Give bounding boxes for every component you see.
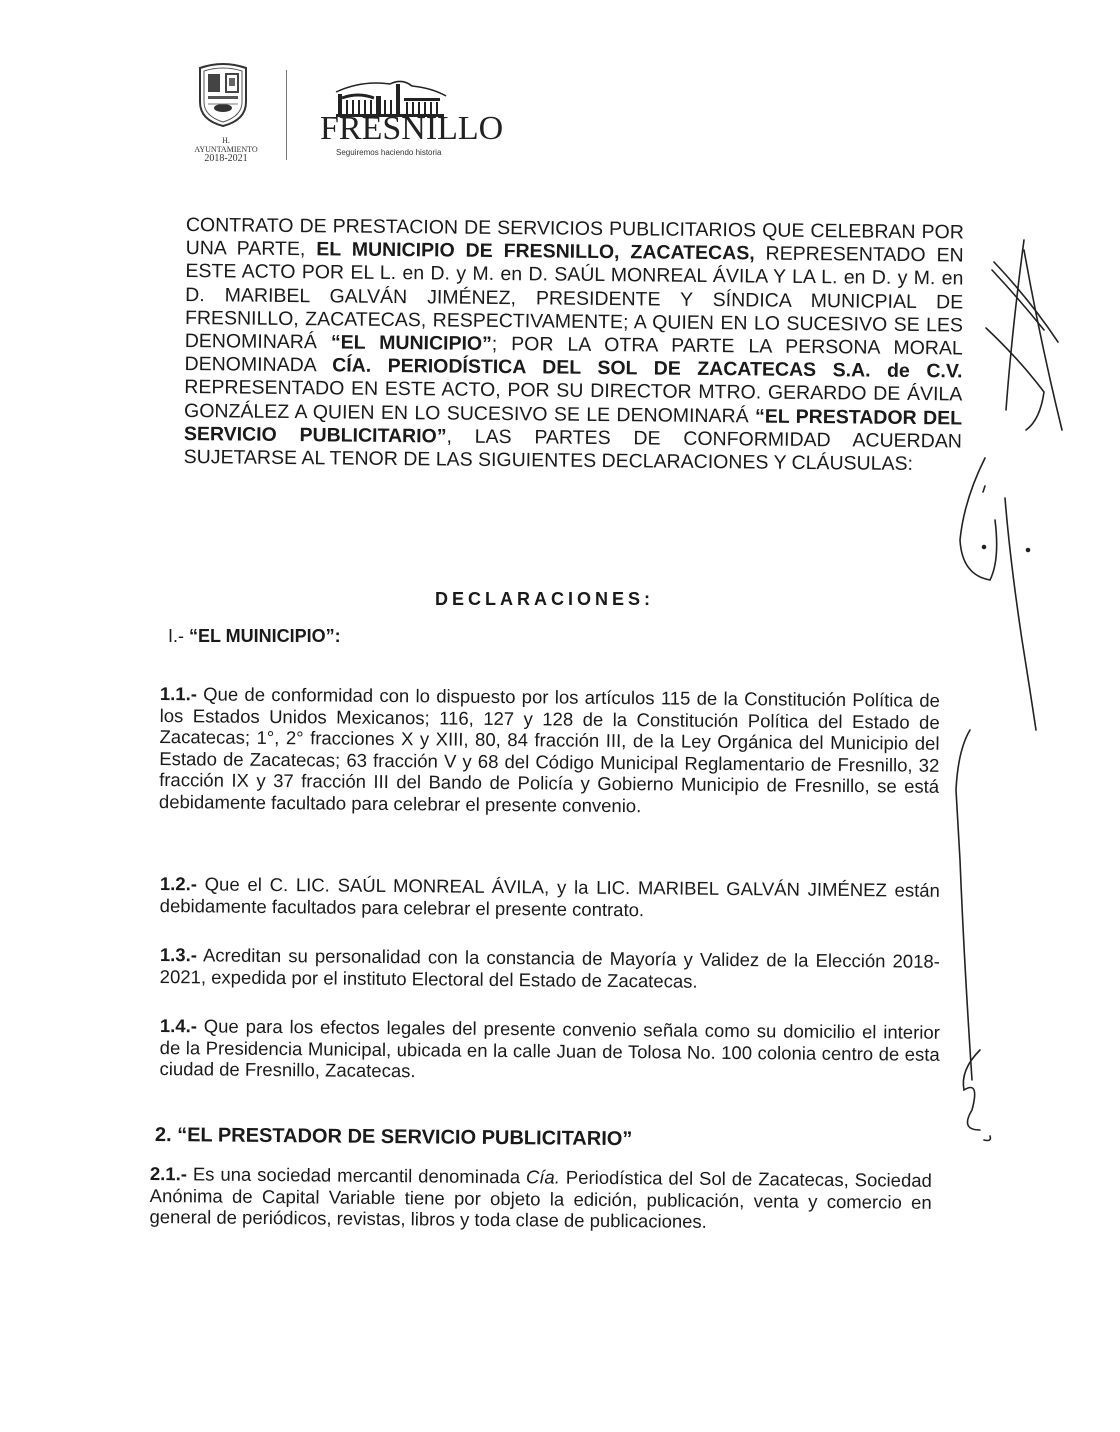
ayuntamiento-text: H. AYUNTAMIENTO [190,136,262,154]
declarations-heading: DECLARACIONES: [435,589,654,610]
clause-text: Acreditan su personalidad con la constan… [160,944,940,991]
preamble-bold-el-municipio: “EL MUNICIPIO” [331,331,492,355]
clause-label: 1.1.- [160,683,197,704]
declaration-1-2: 1.2.- Que el C. LIC. SAÚL MONREAL ÁVILA,… [160,873,940,923]
brand-tagline: Seguiremos haciendo historia [336,148,441,157]
declaration-1-4: 1.4.- Que para los efectos legales del p… [159,1015,940,1087]
section-1-number: I.- [168,626,189,646]
letterhead: H. AYUNTAMIENTO 2018-2021 FRESNILLO [190,60,490,160]
municipal-crest-icon [196,62,250,128]
section-1-title: “EL MUINICIPIO”: [189,626,341,646]
clause-text: Que el C. LIC. SAÚL MONREAL ÁVILA, y la … [160,873,940,919]
header-divider [286,70,287,160]
section-1-heading: I.- “EL MUINICIPIO”: [168,626,341,647]
clause-label: 2.1.- [150,1163,187,1184]
preamble-bold-municipio: EL MUNICIPIO DE FRESNILLO, ZACATECAS, [316,238,755,264]
clause-label: 1.2.- [160,873,197,894]
contract-preamble: CONTRATO DE PRESTACION DE SERVICIOS PUBL… [184,214,964,477]
declaration-2-1: 2.1.- Es una sociedad mercantil denomina… [149,1163,932,1235]
clause-text: Que para los efectos legales del present… [159,1015,940,1081]
clause-text: Que de conformidad con lo dispuesto por … [159,683,940,816]
clause-text: Es una sociedad mercantil denominada [187,1163,526,1187]
clause-label: 1.3.- [160,944,197,965]
administration-period: 2018-2021 [190,154,262,163]
document-page: H. AYUNTAMIENTO 2018-2021 FRESNILLO [0,0,1120,1432]
ayuntamiento-label: H. AYUNTAMIENTO 2018-2021 [190,136,262,163]
declaration-1-3: 1.3.- Acreditan su personalidad con la c… [160,944,940,994]
clause-italic: Cía. [526,1166,560,1187]
section-2-heading: 2. “EL PRESTADOR DE SERVICIO PUBLICITARI… [155,1124,633,1151]
clause-label: 1.4.- [160,1015,197,1036]
declaration-1-1: 1.1.- Que de conformidad con lo dispuest… [159,683,940,819]
fresnillo-wordmark: FRESNILLO [320,112,503,146]
